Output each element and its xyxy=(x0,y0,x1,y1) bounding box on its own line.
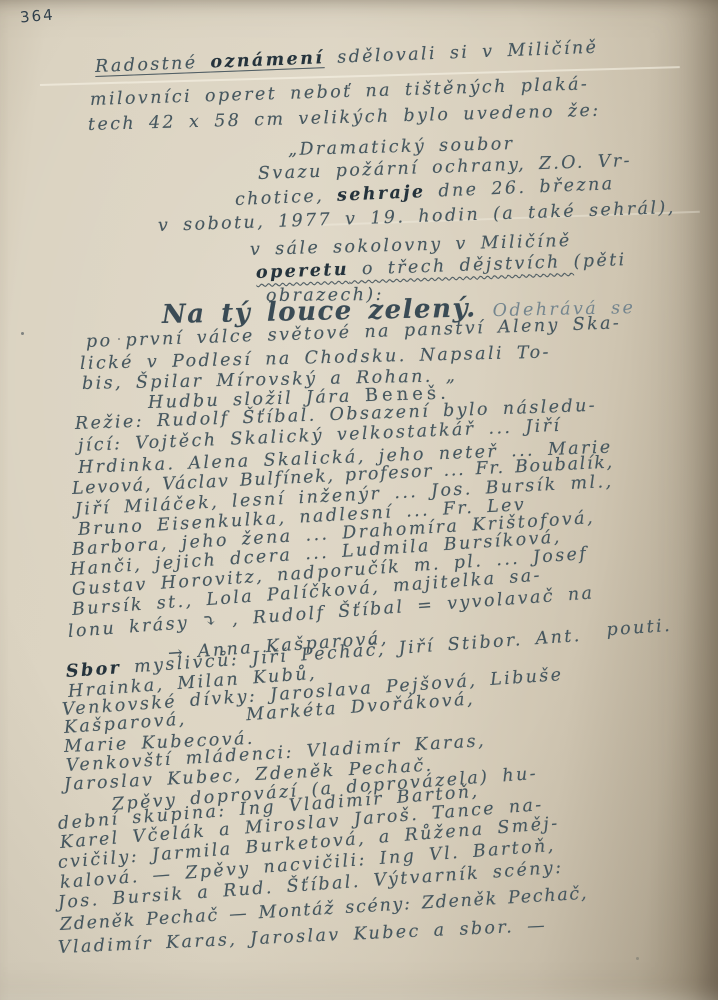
ink-speck xyxy=(636,957,639,960)
ink-speck xyxy=(21,332,24,335)
emphasized-word: operetu xyxy=(256,260,350,283)
emphasized-word: oznámení xyxy=(210,48,325,72)
line-text: pouti. xyxy=(606,616,673,641)
line-text: sdělovali si v Miličíně xyxy=(324,38,599,69)
line-text: (pěti xyxy=(573,250,627,272)
line-text: dne 26. března xyxy=(425,174,615,202)
page-number: 364 xyxy=(19,6,55,27)
emphasized-word: sehraje xyxy=(337,182,426,206)
underlined-phrase: Radostné oznámení xyxy=(95,48,325,77)
chronicle-page: 364 Radostné oznámení sdělovali si v Mil… xyxy=(0,0,718,1000)
line-text: Radostné xyxy=(95,53,211,77)
handwriting-line: Radostné oznámení sdělovali si v Miličín… xyxy=(95,38,599,77)
line-text: chotice, xyxy=(235,186,338,210)
